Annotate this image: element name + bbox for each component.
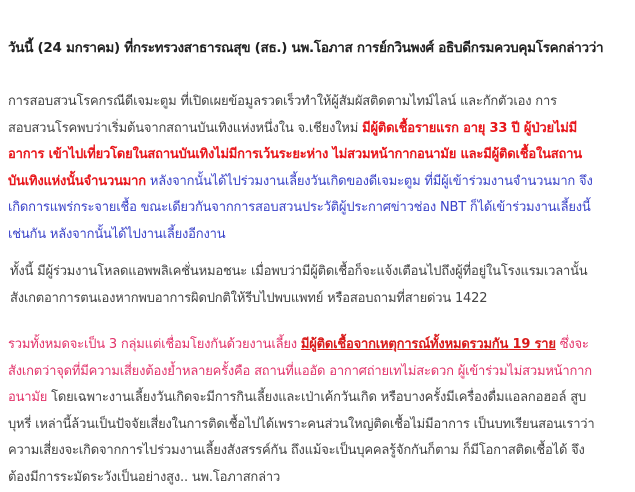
p3-line-1-pink: รวมทั้งหมดจะเป็น 3 กลุ่มแต่เชื่อมโยงกันด…	[8, 337, 301, 352]
p3-line-1-pink-end: ซึ่งจะ	[556, 337, 589, 352]
p1-line-5-blue: เกิดการแพร่กระจายเชื้อ ขณะเดียวกันจากการ…	[8, 195, 628, 222]
p3-line-2-pink: สังเกตว่าจุดที่มีความเสี่ยงต้องย้ำหลายคร…	[8, 359, 628, 386]
p1-line-4-blue: หลังจากนั้นได้ไปร่วมงานเลี้ยงวันเกิดของด…	[146, 174, 593, 189]
p3-line-5: ความเสี่ยงจะเกิดจากการไปร่วมงานเลี้ยงสัง…	[8, 438, 628, 465]
p3-line-3-pink: อนามัย	[8, 390, 47, 405]
total-cases-highlight: มีผู้ติดเชื้อจากเหตุการณ์ทั้งหมดรวมกัน 1…	[301, 337, 556, 352]
first-case-highlight: มีผู้ติดเชื้อรายแรก อายุ 33 ปี ผู้ป่วยไม…	[362, 121, 577, 136]
p2-line-2: สังเกตอาการตนเองหากพบอาการผิดปกติให้รีบไ…	[10, 286, 630, 313]
p1-line-3-highlight: อาการ เข้าไปเที่ยวโดยในสถานบันเทิงไม่มีก…	[8, 142, 628, 169]
p2-line-1: ทั้งนี้ มีผู้ร่วมงานโหลดแอพพลิเคชั่นหมอช…	[10, 259, 630, 286]
p1-line-4-highlight: บันเทิงแห่งนั้นจำนวนมาก	[8, 174, 146, 189]
p1-line-2: สอบสวนโรคพบว่าเริ่มต้นจากสถานบันเทิงแห่ง…	[8, 116, 628, 143]
lead-sentence: วันนี้ (24 มกราคม) ที่กระทรวงสาธารณสุข (…	[8, 36, 635, 58]
p3-line-3: อนามัย โดยเฉพาะงานเลี้ยงวันเกิดจะมีการกิ…	[8, 385, 628, 412]
p1-line-4: บันเทิงแห่งนั้นจำนวนมาก หลังจากนั้นได้ไป…	[8, 169, 628, 196]
paragraph-investigation: การสอบสวนโรคกรณีดีเจมะตูม ที่เปิดเผยข้อม…	[8, 89, 628, 248]
p1-line-1: การสอบสวนโรคกรณีดีเจมะตูม ที่เปิดเผยข้อม…	[8, 89, 628, 116]
news-article: วันนี้ (24 มกราคม) ที่กระทรวงสาธารณสุข (…	[0, 0, 635, 492]
p3-line-4: บุหรี่ เหล่านี้ล้วนเป็นปัจจัยเสี่ยงในการ…	[8, 412, 628, 439]
p1-line-6-blue: เช่นกัน หลังจากนั้นได้ไปงานเลี้ยงอีกงาน	[8, 222, 628, 249]
p3-line-1: รวมทั้งหมดจะเป็น 3 กลุ่มแต่เชื่อมโยงกันด…	[8, 332, 628, 359]
p3-line-6: ต้องมีการระมัดระวังเป็นอย่างสูง.. นพ.โอภ…	[8, 465, 628, 492]
p3-line-3-text: โดยเฉพาะงานเลี้ยงวันเกิดจะมีการกินเลี้ยง…	[47, 390, 586, 405]
paragraph-summary: รวมทั้งหมดจะเป็น 3 กลุ่มแต่เชื่อมโยงกันด…	[8, 332, 628, 491]
p1-line-2-text: สอบสวนโรคพบว่าเริ่มต้นจากสถานบันเทิงแห่ง…	[8, 121, 362, 136]
paragraph-app-alert: ทั้งนี้ มีผู้ร่วมงานโหลดแอพพลิเคชั่นหมอช…	[10, 259, 630, 312]
